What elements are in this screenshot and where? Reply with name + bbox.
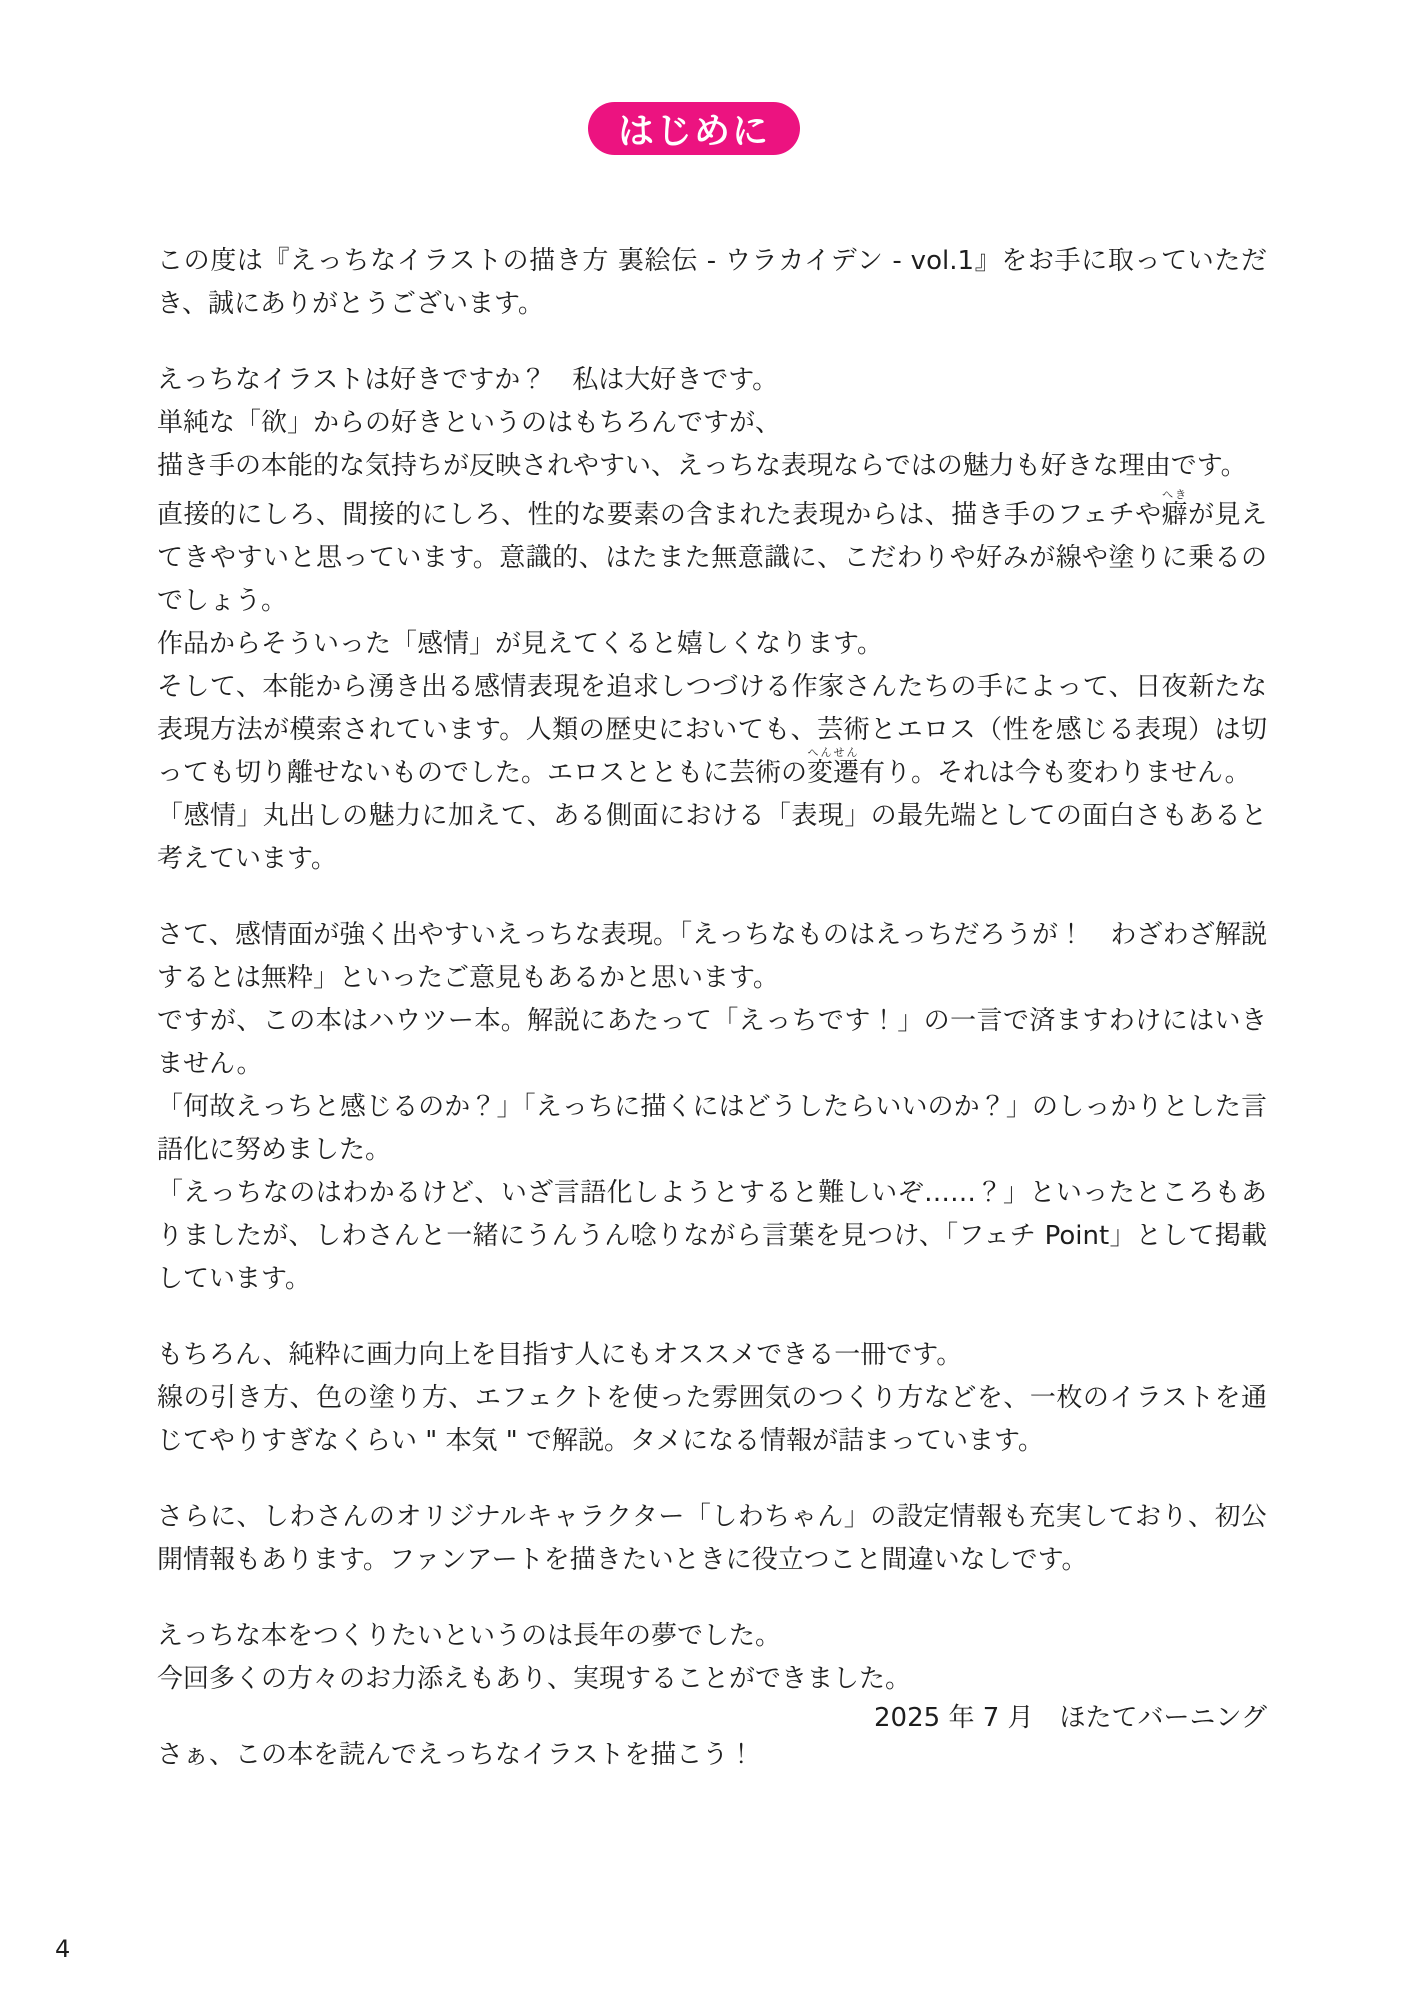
date-author-signature: 2025 年 7 月 ほたてバーニング (157, 1697, 1267, 1740)
paragraph: もちろん、純粋に画力向上を目指す人にもオススメできる一冊です。線の引き方、色の塗… (157, 1334, 1267, 1463)
text-line: さて、感情面が強く出やすいえっちな表現。「えっちなものはえっちだろうが！ わざわ… (157, 914, 1267, 1000)
text-line: さぁ、この本を読んでえっちなイラストを描こう！ (157, 1734, 1267, 1777)
paragraph: えっちなイラストは好きですか？ 私は大好きです。単純な「欲」からの好きというのは… (157, 359, 1267, 881)
text-line: そして、本能から湧き出る感情表現を追求しつづける作家さんたちの手によって、日夜新… (157, 666, 1267, 795)
text-line: この度は『えっちなイラストの描き方 裏絵伝 - ウラカイデン - vol.1』を… (157, 240, 1267, 326)
preface-body: この度は『えっちなイラストの描き方 裏絵伝 - ウラカイデン - vol.1』を… (157, 240, 1267, 1810)
text-line: 「何故えっちと感じるのか？」「えっちに描くにはどうしたらいいのか？」のしっかりと… (157, 1086, 1267, 1172)
text-line: ですが、この本はハウツー本。解説にあたって「えっちです！」の一言で済ますわけには… (157, 1000, 1267, 1086)
text-line: えっちなイラストは好きですか？ 私は大好きです。 (157, 359, 1267, 402)
paragraph: さぁ、この本を読んでえっちなイラストを描こう！ (157, 1734, 1267, 1777)
paragraph: えっちな本をつくりたいというのは長年の夢でした。今回多くの方々のお力添えもあり、… (157, 1615, 1267, 1701)
page-number: 4 (55, 1935, 70, 1963)
text-line: 直接的にしろ、間接的にしろ、性的な要素の含まれた表現からは、描き手のフェチや癖へ… (157, 488, 1267, 623)
section-title-badge: はじめに (588, 102, 800, 155)
text-line: 単純な「欲」からの好きというのはもちろんですが、 (157, 402, 1267, 445)
paragraph: さて、感情面が強く出やすいえっちな表現。「えっちなものはえっちだろうが！ わざわ… (157, 914, 1267, 1301)
text-line: 描き手の本能的な気持ちが反映されやすい、えっちな表現ならではの魅力も好きな理由で… (157, 445, 1267, 488)
text-line: えっちな本をつくりたいというのは長年の夢でした。 (157, 1615, 1267, 1658)
paragraph: さらに、しわさんのオリジナルキャラクター「しわちゃん」の設定情報も充実しており、… (157, 1496, 1267, 1582)
text-line: 「えっちなのはわかるけど、いざ言語化しようとすると難しいぞ……？」といったところ… (157, 1172, 1267, 1301)
text-line: 「感情」丸出しの魅力に加えて、ある側面における「表現」の最先端としての面白さもあ… (157, 795, 1267, 881)
text-line: 今回多くの方々のお力添えもあり、実現することができました。 (157, 1658, 1267, 1701)
text-line: 作品からそういった「感情」が見えてくると嬉しくなります。 (157, 623, 1267, 666)
text-line: もちろん、純粋に画力向上を目指す人にもオススメできる一冊です。 (157, 1334, 1267, 1377)
text-line: 線の引き方、色の塗り方、エフェクトを使った雰囲気のつくり方などを、一枚のイラスト… (157, 1377, 1267, 1463)
paragraph: この度は『えっちなイラストの描き方 裏絵伝 - ウラカイデン - vol.1』を… (157, 240, 1267, 326)
text-line: さらに、しわさんのオリジナルキャラクター「しわちゃん」の設定情報も充実しており、… (157, 1496, 1267, 1582)
book-page: はじめに この度は『えっちなイラストの描き方 裏絵伝 - ウラカイデン - vo… (0, 0, 1417, 2000)
